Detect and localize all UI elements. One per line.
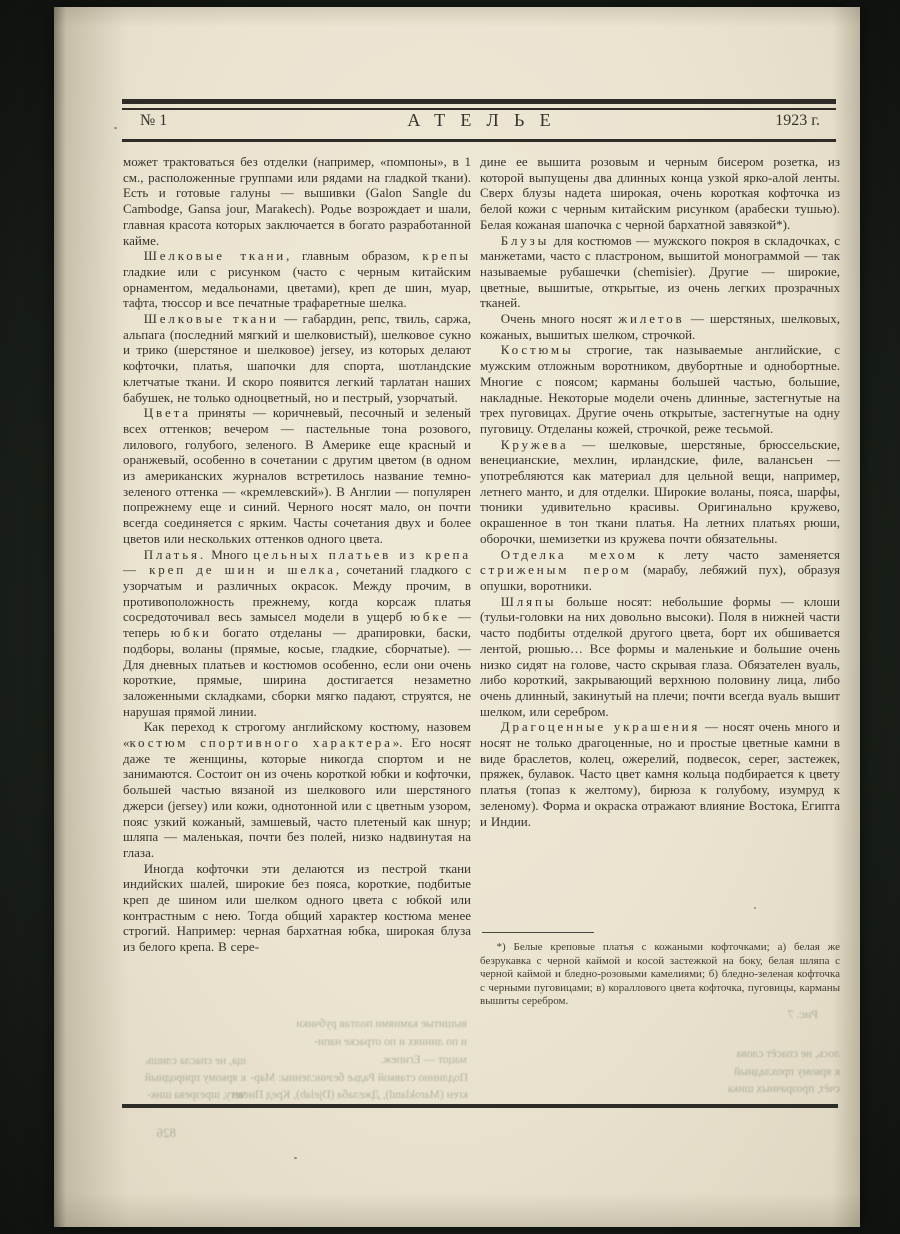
paragraph: Блузы для костюмов — мужского покроя в с…	[480, 233, 840, 312]
paragraph: Очень много носят жилетов — шерстяных, ш…	[480, 311, 840, 342]
letterspaced-emphasis: юбке	[410, 609, 450, 624]
body-text: к лету часто заменяется	[638, 547, 840, 562]
body-text: дине ее вышита розовым и черным бисером …	[480, 154, 840, 232]
header-bottom-rule	[122, 139, 836, 142]
paragraph: Костюмы строгие, так называемые английск…	[480, 342, 840, 436]
body-text: ». Его носят даже те женщины, которые ни…	[123, 735, 471, 860]
letterspaced-emphasis: Кружева	[501, 437, 569, 452]
letterspaced-emphasis: Костюмы	[501, 342, 574, 357]
top-thick-rule	[122, 99, 836, 104]
letterspaced-emphasis: Драгоценные украшения	[501, 719, 700, 734]
paragraph: Цвета приняты — коричневый, песочный и з…	[123, 405, 471, 546]
letterspaced-emphasis: стриженым пером	[480, 562, 632, 577]
paper-speck	[754, 907, 756, 909]
magazine-title: АТЕЛЬЕ	[122, 110, 836, 131]
paragraph: Драгоценные украшения — носят очень мног…	[480, 719, 840, 829]
paragraph: Шелковые ткани — габардин, репс, твиль, …	[123, 311, 471, 405]
page-bottom-rule	[122, 1104, 838, 1108]
body-text: Иногда кофточки эти делаются из пестрой …	[123, 861, 471, 955]
paragraph: дине ее вышита розовым и черным бисером …	[480, 154, 840, 233]
letterspaced-emphasis: Шляпы	[501, 594, 557, 609]
body-text: Много	[206, 547, 253, 562]
body-text: может трактоваться без отделки (например…	[123, 154, 471, 248]
paper-speck	[114, 127, 117, 129]
letterspaced-emphasis: юбки	[171, 625, 212, 640]
left-column: может трактоваться без отделки (например…	[123, 154, 471, 955]
issue-year: 1923 г.	[775, 112, 820, 130]
paragraph: Шелковые ткани, главным образом, крепы г…	[123, 248, 471, 311]
body-text: — шелковые, шерстяные, брюссельские, вен…	[480, 437, 840, 546]
body-text: Очень много носят	[501, 311, 618, 326]
footnote-text: *) Белые креповые платья с кожаными кофт…	[480, 941, 840, 1009]
body-text: приняты — коричневый, песочный и зеленый…	[123, 405, 471, 546]
letterspaced-emphasis: Платья.	[144, 547, 206, 562]
letterspaced-emphasis: Блузы	[501, 233, 549, 248]
paragraph: Отделка мехом к лету часто заменяется ст…	[480, 547, 840, 594]
body-text: — носят очень много и носят не только др…	[480, 719, 840, 828]
letterspaced-emphasis: крепы	[422, 248, 471, 263]
paragraph: Как переход к строгому английскому костю…	[123, 719, 471, 860]
body-text: гладкие или с рисунком (часто с черным к…	[123, 264, 471, 310]
letterspaced-emphasis: Шелковые ткани	[144, 248, 286, 263]
paragraph: Кружева — шелковые, шерстяные, брюссельс…	[480, 437, 840, 547]
footnote-separator-rule	[482, 932, 594, 933]
letterspaced-emphasis: Цвета	[144, 405, 191, 420]
paragraph: Платья. Много цельных платьев из крепа —…	[123, 547, 471, 720]
letterspaced-emphasis: жилетов	[618, 311, 684, 326]
letterspaced-emphasis: Отделка мехом	[501, 547, 638, 562]
body-text: , главным образом,	[286, 248, 422, 263]
body-text: больше носят: небольшие формы — клоши (т…	[480, 594, 840, 719]
paragraph: может трактоваться без отделки (например…	[123, 154, 471, 248]
photographed-magazine-page: { "header": { "issue": "№ 1", "title": "…	[0, 0, 900, 1234]
letterspaced-emphasis: костюм спортивного характера	[130, 735, 393, 750]
paragraph: Шляпы больше носят: небольшие формы — кл…	[480, 594, 840, 720]
paper-speck	[294, 1157, 297, 1159]
paragraph: Иногда кофточки эти делаются из пестрой …	[123, 861, 471, 955]
letterspaced-emphasis: Шелковые ткани	[144, 311, 279, 326]
right-column: дине ее вышита розовым и черным бисером …	[480, 154, 840, 829]
